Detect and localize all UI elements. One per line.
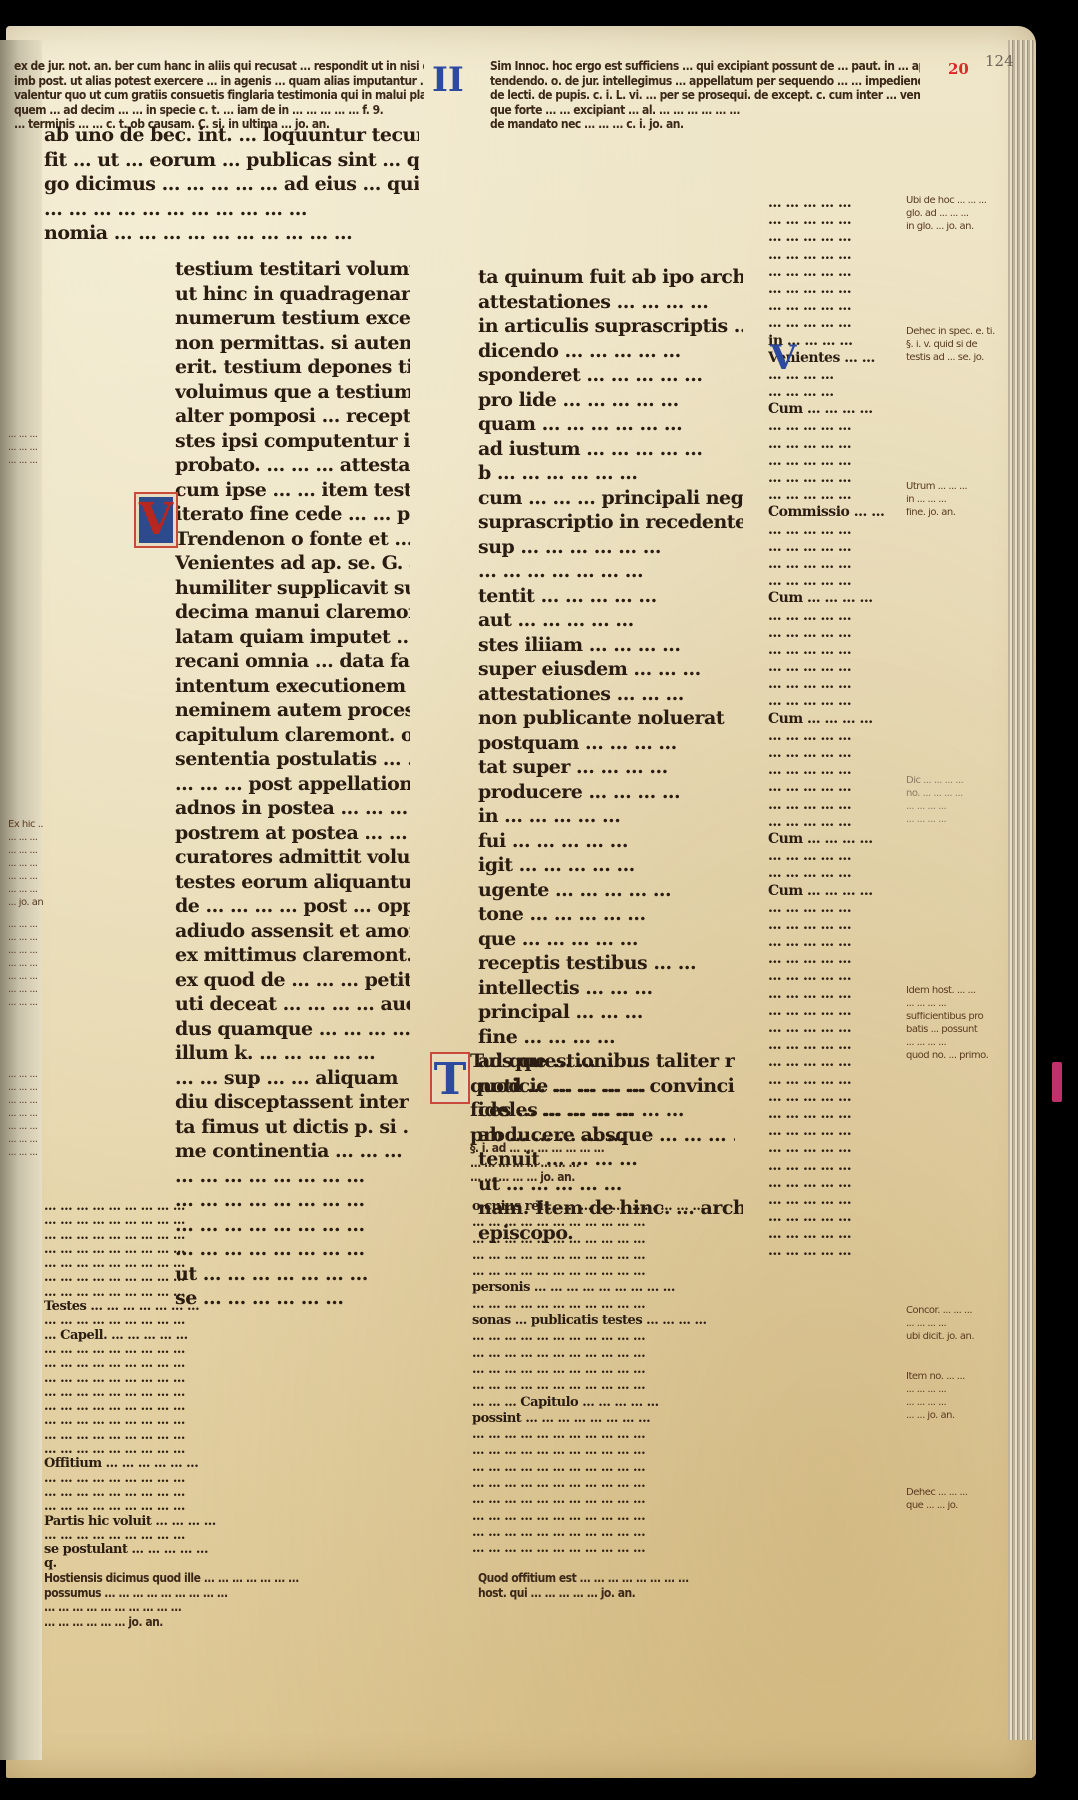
- text-line: ... ... ... ... ... ... ... ... ... ... …: [472, 1249, 912, 1265]
- paragraph-mark-initial: II: [432, 60, 464, 100]
- text-line: ... ... ... ... ... ... jo. an.: [44, 1616, 419, 1631]
- text-line: ... ... ... ... ... ... ... ... ... ... …: [472, 1510, 912, 1526]
- text-line: Commissio ... ...: [768, 505, 903, 522]
- text-line: tone ... ... ... ... ...: [478, 905, 743, 930]
- text-line: ... ... ... ... ...: [768, 540, 903, 557]
- text-line: non publicante noluerat: [478, 709, 743, 734]
- text-line: aut ... ... ... ... ...: [478, 611, 743, 636]
- text-line: fui ... ... ... ... ...: [478, 832, 743, 857]
- lower-left-text: ... ... ... ... ... ... ... ... ...... .…: [44, 1200, 419, 1572]
- text-line: Sim Innoc. hoc ergo est sufficiens ... q…: [490, 60, 920, 75]
- text-line: ... ... ... ... ... ... ... ... ...: [44, 1429, 419, 1443]
- lower-middle-gloss: Quod offitium est ... ... ... ... ... ..…: [478, 1572, 918, 1601]
- margin-note-line: Ex hic ... ...: [8, 820, 44, 833]
- text-line: attestationes ... ... ... ...: [478, 293, 743, 318]
- text-line: que ... ... ... ... ...: [478, 930, 743, 955]
- text-line: ... ... ... ... ... ... ... ... ...: [44, 1343, 419, 1357]
- text-line: ... ... sup ... ... aliquam: [175, 1069, 410, 1094]
- text-line: ... ... ... ... ... ... ... ... ...: [44, 1500, 419, 1514]
- margin-note-line: ... ... ...: [8, 1148, 44, 1161]
- margin-note-line: testis ad ... se. jo.: [906, 353, 1016, 366]
- text-line: dus quamque ... ... ... ... ...: [175, 1020, 410, 1045]
- margin-note-line: ... ... ...: [8, 998, 44, 1011]
- text-line: ... ... ... ... ... ... ... ... ... ... …: [472, 1363, 912, 1379]
- margin-note-line: in glo. ... jo. an.: [906, 222, 1016, 235]
- text-line: ... ... ... ... ... ... ... ... ...: [44, 1257, 419, 1271]
- text-line: suprascriptio in recedentes ... ...: [478, 513, 743, 538]
- text-line: ta fimus ut dictis p. si ... ...: [175, 1118, 410, 1143]
- margin-note: Dic ... ... ... ...no. ... ... ... .....…: [906, 776, 1016, 828]
- margin-note-line: ... ... ...: [8, 833, 44, 846]
- red-folio-mark: 20: [948, 60, 969, 78]
- text-line: ... ... ... ... ...: [768, 798, 903, 815]
- margin-note-line: ... ... ...: [8, 846, 44, 859]
- text-line: igit ... ... ... ... ...: [478, 856, 743, 881]
- text-line: Trendenon o fonte et ... tel. b.: [175, 530, 410, 555]
- text-line: tentit ... ... ... ... ...: [478, 587, 743, 612]
- text-line: ... ... ... ... ...: [768, 1107, 903, 1124]
- margin-note-line: ... ... ... ...: [906, 802, 1016, 815]
- text-line: ... ... ... ... ...: [768, 471, 903, 488]
- text-line: intellectis ... ... ...: [478, 979, 743, 1004]
- text-line: fine ... ... ... ...: [478, 1028, 743, 1053]
- text-line: Offitium ... ... ... ... ... ...: [44, 1457, 419, 1471]
- text-line: cum ... ... ... principali negotio: [478, 489, 743, 514]
- margin-note-line: Dehec ... ... ...: [906, 1488, 1016, 1501]
- text-line: ... ... ... ... ... ... ... ... ... ... …: [472, 1428, 912, 1444]
- text-line: ugente ... ... ... ... ...: [478, 881, 743, 906]
- text-line: Cum ... ... ... ...: [768, 402, 903, 419]
- text-line: cum ipse ... ... item testes: [175, 481, 410, 506]
- text-line: ... ... ... ... ...: [768, 248, 903, 265]
- margin-note: Utrum ... ... ...in ... ... ...fine. jo.…: [906, 482, 1016, 521]
- text-line: adnos in postea ... ... ... ...: [175, 799, 410, 824]
- text-line: ... ... ... ... ...: [768, 454, 903, 471]
- margin-note-line: ... ... ...: [8, 872, 44, 885]
- text-line: ... ... ... ... ...: [768, 626, 903, 643]
- text-line: ... ... ... ... ... ... ... ... ...: [44, 1472, 419, 1486]
- text-line: ... ... ... ... ... ... ... ... ...: [44, 1214, 419, 1228]
- margin-note-line: ... jo. an.: [8, 898, 44, 911]
- text-line: ... ... ... ... ... ... ... ... ... ... …: [472, 1493, 912, 1509]
- margin-note-line: ... ... ...: [8, 920, 44, 933]
- text-line: ... ... ... ... ... ... ... ... ... ... …: [472, 1298, 912, 1314]
- text-line: ... ... ... ... ... ... ... ... ... ...: [44, 1601, 419, 1616]
- text-line: ... ... ... ... ...: [768, 574, 903, 591]
- text-line: ... ... ... ... ... ... ... ... ... ... …: [472, 1477, 912, 1493]
- text-line: ... ... ... ... ... ... ... ... ...: [44, 1529, 419, 1543]
- text-line: ... ... ... ... ... jo. an.: [470, 1171, 735, 1186]
- text-line: sup ... ... ... ... ... ...: [478, 538, 743, 563]
- text-line: ... ... ... Capitulo ... ... ... ... ...: [472, 1396, 912, 1412]
- text-line: ... ... ... ... ... ... ...: [478, 562, 743, 587]
- text-line: ... ... ... ... ...: [768, 316, 903, 333]
- text-line: capitulum claremont. omnia p: [175, 726, 410, 751]
- lower-left-gloss: Hostiensis dicimus quod ille ... ... ...…: [44, 1572, 419, 1630]
- text-line: ... ... ... ... ... ... ... ... ...: [44, 1243, 419, 1257]
- text-line: ... ... ... ... ...: [768, 1038, 903, 1055]
- text-line: ... ... ... ... ...: [768, 1159, 903, 1176]
- text-line: ... ... ... ... ... ... ... ... ... ... …: [472, 1233, 912, 1249]
- text-line: ... ... ... ... ...: [768, 729, 903, 746]
- text-line: ... ... ... ...: [768, 385, 903, 402]
- margin-note-line: ... ... ... ...: [906, 1398, 1016, 1411]
- text-line: ... ... ... post appellatione: [175, 775, 410, 800]
- text-line: recani omnia ... data faceret: [175, 652, 410, 677]
- text-line: ad iustum ... ... ... ... ...: [478, 440, 743, 465]
- text-line: ... ... ... ... ...: [768, 1055, 903, 1072]
- text-line: ... ... ... ... ...: [768, 694, 903, 711]
- text-line: ... ... ... ... ...: [768, 609, 903, 626]
- margin-note-line: Concor. ... ... ...: [906, 1306, 1016, 1319]
- text-line: possumus ... ... ... ... ... ... ... ...…: [44, 1587, 419, 1602]
- margin-note-line: quod no. ... primo.: [906, 1051, 1016, 1064]
- left-column-main-top: ab uno de bec. int. ... loquuntur tecum …: [44, 126, 419, 249]
- text-line: personis ... ... ... ... ... ... ... ...…: [472, 1281, 912, 1297]
- margin-note-line: ... ... ... ...: [906, 1385, 1016, 1398]
- margin-note-line: ... ... ... ...: [906, 815, 1016, 828]
- text-line: ... ... ... ... ...: [768, 196, 903, 213]
- text-line: ... ... ... ... ...: [768, 849, 903, 866]
- folio-number: 124: [985, 52, 1014, 70]
- text-line: quod ... ... ... ... ... convinci: [470, 1077, 735, 1102]
- text-line: ... ... ... ... ...: [768, 763, 903, 780]
- margin-note-line: ... ... ...: [8, 959, 44, 972]
- margin-note-line: ubi dicit. jo. an.: [906, 1332, 1016, 1345]
- text-line: alter pomposi ... recepte fuerint te: [175, 407, 410, 432]
- page-edges: [1008, 40, 1034, 1740]
- text-line: ... ... ... ... ... ... ... ... ...: [44, 1400, 419, 1414]
- text-line: ... ... ... ... ... ... ... ... ... ... …: [472, 1379, 912, 1395]
- text-line: diu disceptassent inter loc: [175, 1093, 410, 1118]
- text-line: ut hinc in quadragenarium: [175, 285, 410, 310]
- text-line: ... ... ... ... ...: [768, 230, 903, 247]
- text-line: adiudo assensit et amonte ... ...: [175, 922, 410, 947]
- text-line: se postulant ... ... ... ... ...: [44, 1543, 419, 1557]
- margin-note-line: ... ... ...: [8, 443, 44, 456]
- text-line: valentur quo ut cum gratiis consuetis fi…: [14, 89, 424, 104]
- text-line: ... ... ... ... ...: [768, 866, 903, 883]
- right-venientes-initial: V: [770, 338, 796, 378]
- text-line: numerum testium excedere: [175, 309, 410, 334]
- text-line: ... ... ... ... ... ... ... ...: [175, 1167, 410, 1192]
- text-line: decima manui claremont. decede pro: [175, 603, 410, 628]
- text-line: ... ... ... ... ...: [768, 1141, 903, 1158]
- margin-note-line: ... ... ...: [8, 1096, 44, 1109]
- text-line: ex quod de ... ... ... petitione: [175, 971, 410, 996]
- text-line: postquam ... ... ... ...: [478, 734, 743, 759]
- text-line: ... ... ... ... ...: [768, 935, 903, 952]
- text-line: ... ... ... ... ...: [768, 1090, 903, 1107]
- text-line: receptis testibus ... ...: [478, 954, 743, 979]
- text-line: ... ... ... ... ... ... ... ... ...: [44, 1372, 419, 1386]
- text-line: ... ... ... ... ... ... ... ...: [470, 1157, 735, 1172]
- margin-note-line: Ubi de hoc ... ... ...: [906, 196, 1016, 209]
- margin-note-line: batis ... possunt: [906, 1025, 1016, 1038]
- text-line: b ... ... ... ... ... ...: [478, 464, 743, 489]
- text-line: principal ... ... ...: [478, 1003, 743, 1028]
- text-line: sententia postulatis ... ... ...: [175, 750, 410, 775]
- text-line: ... ... ... ... ...: [768, 488, 903, 505]
- text-line: ... ... ... ... ... ... ... ... ... ... …: [472, 1265, 912, 1281]
- text-line: quem ... ad decim ... ... in specie c. t…: [14, 104, 424, 119]
- margin-note-line: in ... ... ...: [906, 495, 1016, 508]
- text-line: ... ... ... ... ... ... ... ... ...: [44, 1200, 419, 1214]
- text-line: pro lide ... ... ... ... ...: [478, 391, 743, 416]
- text-line: humiliter supplicavit summam sup: [175, 579, 410, 604]
- text-line: uti deceat ... ... ... ... audien: [175, 995, 410, 1020]
- text-line: ... ... ... ... ... ... ... ... ... ... …: [472, 1216, 912, 1232]
- margin-note: Item no. ... ...... ... ... ...... ... .…: [906, 1372, 1016, 1424]
- margin-note-line: ... ... ...: [8, 1070, 44, 1083]
- text-line: ... ... ... ... ...: [768, 557, 903, 574]
- text-line: ... ... ... ... ... ... ... ... ...: [44, 1386, 419, 1400]
- margin-note-line: ... ... ...: [8, 1122, 44, 1135]
- text-line: ... ... ... ... ...: [768, 213, 903, 230]
- text-line: dicendo ... ... ... ... ...: [478, 342, 743, 367]
- text-line: fit ... ut ... eorum ... publicas sint .…: [44, 151, 419, 176]
- text-line: sonas ... publicatis testes ... ... ... …: [472, 1314, 912, 1330]
- text-line: nomia ... ... ... ... ... ... ... ... ..…: [44, 224, 419, 249]
- text-line: ... ... ... ... ...: [768, 1004, 903, 1021]
- margin-note: Dehec ... ... ...que ... ... jo.: [906, 1488, 1016, 1514]
- margin-note: Dehec in spec. e. ti.§. i. v. quid si de…: [906, 327, 1016, 366]
- margin-note-line: ... ... ...: [8, 1109, 44, 1122]
- text-line: Cum ... ... ... ...: [768, 884, 903, 901]
- text-line: curatores admittit volumus: [175, 848, 410, 873]
- text-line: de ... ... ... ... post ... opponere: [175, 897, 410, 922]
- text-line: ... ... ... ... ... ... ... ... ... ... …: [472, 1444, 912, 1460]
- text-line: ... ... ... ... ... ... ... ... ...: [44, 1486, 419, 1500]
- text-line: non permittas. si autem nisi fui: [175, 334, 410, 359]
- text-line: ex mittimus claremont. ... electum: [175, 946, 410, 971]
- margin-note-line: glo. ad ... ... ...: [906, 209, 1016, 222]
- text-line: host. qui ... ... ... ... ... jo. an.: [478, 1587, 918, 1602]
- margin-note-line: §. i. v. quid si de: [906, 340, 1016, 353]
- margin-note: Ex hic ... ...... ... ...... ... ...... …: [8, 820, 44, 911]
- text-line: ... ... ... ... ... ... ... ... ... ... …: [472, 1526, 912, 1542]
- text-line: Tuis questionibus taliter respondemus: [470, 1052, 735, 1077]
- text-line: ... ... ... ... ...: [768, 660, 903, 677]
- text-line: me continentia ... ... ... ...: [175, 1142, 410, 1167]
- margin-note: ... ... ...... ... ...... ... ...... ...…: [8, 1070, 44, 1161]
- margin-note: Idem host. ... ...... ... ... ...suffici…: [906, 986, 1016, 1064]
- text-line: de lecti. de pupis. c. i. L. vi. ... per…: [490, 89, 920, 104]
- text-line: ... ... ... ... ... ... ... ... ...: [44, 1229, 419, 1243]
- text-line: ex de jur. not. an. ber cum hanc in alii…: [14, 60, 424, 75]
- text-line: ... ... ... ... ...: [768, 1021, 903, 1038]
- text-line: ... ... ... ... ... ... ... ... ...: [44, 1286, 419, 1300]
- margin-note-line: sufficientibus pro: [906, 1012, 1016, 1025]
- text-line: postrem at postea ... ... pro: [175, 824, 410, 849]
- text-line: ... ... ... ... ...: [768, 1124, 903, 1141]
- top-gloss-right: Sim Innoc. hoc ergo est sufficiens ... q…: [490, 60, 920, 133]
- margin-note-line: ... ... ... ...: [906, 999, 1016, 1012]
- venientes-decorated-initial: V: [134, 492, 178, 548]
- text-line: §. i. ad ... ... ... ... ... ... ...: [470, 1142, 735, 1157]
- text-line: ... ... ... ... ...: [768, 282, 903, 299]
- text-line: ... ... ... ... ... ... ... ... ...: [44, 1357, 419, 1371]
- text-line: super eiusdem ... ... ...: [478, 660, 743, 685]
- text-line: in ... ... ... ... ...: [478, 807, 743, 832]
- text-line: probato. ... ... ... attestationes: [175, 456, 410, 481]
- margin-note-line: ... ... ... ...: [906, 1038, 1016, 1051]
- lower-middle-text: o cuius rei ... ... ... ... ... ... ... …: [472, 1200, 912, 1559]
- margin-note-line: ... ... ...: [8, 972, 44, 985]
- text-line: ... ... ... ... ...: [768, 952, 903, 969]
- text-line: ta quinum fuit ab ipo archi. uni: [478, 268, 743, 293]
- text-line: go dicimus ... ... ... ... ... ad eius .…: [44, 175, 419, 200]
- margin-note: ... ... ...... ... ...... ... ...... ...…: [8, 920, 44, 1011]
- text-line: ... ... ... ... ...: [768, 815, 903, 832]
- text-line: ... ... ... ... ... ... ... ... ...: [44, 1314, 419, 1328]
- text-line: ... ... ... ... ...: [768, 419, 903, 436]
- text-line: imb post. ut alias potest exercere ... i…: [14, 75, 424, 90]
- text-line: ... ... ... ... ... ... ... ... ...: [44, 1271, 419, 1285]
- text-line: Venientes ad ap. se. G. archi. claren.: [175, 554, 410, 579]
- text-line: Cum ... ... ... ...: [768, 712, 903, 729]
- margin-note-line: ... ... ...: [8, 885, 44, 898]
- margin-note-line: fine. jo. an.: [906, 508, 1016, 521]
- text-line: iterato fine cede ... ... pluribus: [175, 505, 410, 530]
- margin-note-line: Idem host. ... ...: [906, 986, 1016, 999]
- text-line: ... ... ... ... ...: [768, 265, 903, 282]
- text-line: ab uno de bec. int. ... loquuntur tecum …: [44, 126, 419, 151]
- text-line: ... ... ... ... ...: [768, 677, 903, 694]
- text-line: ... ... ... ... ...: [768, 969, 903, 986]
- text-line: attestationes ... ... ...: [478, 685, 743, 710]
- tuis-decorated-initial: T: [430, 1052, 470, 1104]
- text-line: Hostiensis dicimus quod ille ... ... ...…: [44, 1572, 419, 1587]
- text-line: Cum ... ... ... ...: [768, 832, 903, 849]
- text-line: ... ... ... ... ... ... ... ... ...: [44, 1443, 419, 1457]
- text-line: sponderet ... ... ... ... ...: [478, 366, 743, 391]
- text-line: producere ... ... ... ...: [478, 783, 743, 808]
- margin-note-line: Utrum ... ... ...: [906, 482, 1016, 495]
- text-line: erit. testium depones titatis hec: [175, 358, 410, 383]
- text-line: in articulis suprascriptis ... ...: [478, 317, 743, 342]
- text-line: ... ... ... ... ...: [768, 987, 903, 1004]
- text-line: ... ... ... ... ...: [768, 437, 903, 454]
- text-line: tendendo. o. de jur. intellegimus ... ap…: [490, 75, 920, 90]
- text-line: ... ... ... ... ...: [768, 780, 903, 797]
- text-line: ... Capell. ... ... ... ... ...: [44, 1329, 419, 1343]
- margin-note-line: Dehec in spec. e. ti.: [906, 327, 1016, 340]
- margin-note-line: ... ... jo. an.: [906, 1411, 1016, 1424]
- text-line: ... ... ... ... ...: [768, 746, 903, 763]
- margin-note-line: ... ... ...: [8, 430, 44, 443]
- text-line: ... ... ... ... ... ... ... ... ... ... …: [472, 1542, 912, 1558]
- margin-note-line: ... ... ...: [8, 946, 44, 959]
- text-line: ... ... ... ... ...: [768, 643, 903, 660]
- text-line: de mandato nec ... ... ... c. i. jo. an.: [490, 118, 920, 133]
- text-line: o cuius rei ... ... ... ... ... ... ... …: [472, 1200, 912, 1216]
- text-line: ... ... ... ... ...: [768, 299, 903, 316]
- text-line: voluimus que a testium recipi. quod: [175, 383, 410, 408]
- text-line: ... ... ... ... ...: [768, 918, 903, 935]
- text-line: fideles ... ... ... ... ... ...: [470, 1101, 735, 1126]
- text-line: quam ... ... ... ... ... ...: [478, 415, 743, 440]
- margin-note: ... ... ...... ... ...... ... ...: [8, 430, 44, 469]
- margin-note-line: ... ... ...: [8, 985, 44, 998]
- text-line: tat super ... ... ... ...: [478, 758, 743, 783]
- text-line: intentum executionem manda: [175, 677, 410, 702]
- text-line: ... ... ... ... ... ... ... ... ...: [44, 1414, 419, 1428]
- text-line: testes eorum aliquantum ... ...: [175, 873, 410, 898]
- text-line: latam quiam imputet ... ... ...: [175, 628, 410, 653]
- margin-note-line: ... ... ...: [8, 1083, 44, 1096]
- margin-note-line: ... ... ...: [8, 859, 44, 872]
- text-line: ... ... ... ... ...: [768, 523, 903, 540]
- margin-note-line: ... ... ...: [8, 1135, 44, 1148]
- margin-note: Concor. ... ... ...... ... ... ...ubi di…: [906, 1306, 1016, 1345]
- text-line: Quod offitium est ... ... ... ... ... ..…: [478, 1572, 918, 1587]
- text-line: ... ... ... ... ... ... ... ... ... ... …: [472, 1461, 912, 1477]
- text-line: ... ... ... ... ...: [768, 1176, 903, 1193]
- text-line: stes iliiam ... ... ... ...: [478, 636, 743, 661]
- margin-note-line: ... ... ...: [8, 933, 44, 946]
- margin-note-line: ... ... ...: [8, 456, 44, 469]
- text-line: possint ... ... ... ... ... ... ... ...: [472, 1412, 912, 1428]
- middle-lower-paragraph: Tuis questionibus taliter respondemusquo…: [470, 1052, 735, 1150]
- text-line: Partis hic voluit ... ... ... ...: [44, 1515, 419, 1529]
- text-line: stes ipsi computentur in minimo: [175, 432, 410, 457]
- page-tab-marker[interactable]: [1052, 1062, 1062, 1102]
- text-line: q.: [44, 1557, 419, 1571]
- text-line: ... ... ... ... ...: [768, 901, 903, 918]
- margin-note-line: Item no. ... ...: [906, 1372, 1016, 1385]
- text-line: Testes ... ... ... ... ... ... ...: [44, 1300, 419, 1314]
- text-line: illum k. ... ... ... ... ...: [175, 1044, 410, 1069]
- margin-note-line: ... ... ... ...: [906, 1319, 1016, 1332]
- text-line: Cum ... ... ... ...: [768, 591, 903, 608]
- top-gloss-left: ex de jur. not. an. ber cum hanc in alii…: [14, 60, 424, 133]
- text-line: que forte ... ... excipiant ... al. ... …: [490, 104, 920, 119]
- text-line: ... ... ... ... ... ... ... ... ... ... …: [472, 1347, 912, 1363]
- text-line: neminem autem processerit dictis: [175, 701, 410, 726]
- text-line: testium testitari volumus: [175, 260, 410, 285]
- margin-note-line: que ... ... jo.: [906, 1501, 1016, 1514]
- text-line: ... ... ... ... ...: [768, 1073, 903, 1090]
- text-line: ... ... ... ... ... ... ... ... ... ... …: [44, 200, 419, 225]
- margin-note-line: no. ... ... ... ...: [906, 789, 1016, 802]
- left-column-text: testium testitari volumusut hinc in quad…: [175, 260, 410, 1314]
- margin-note-line: Dic ... ... ... ...: [906, 776, 1016, 789]
- middle-lower-gloss: §. i. ad ... ... ... ... ... ... ...... …: [470, 1142, 735, 1186]
- margin-note: Ubi de hoc ... ... ...glo. ad ... ... ..…: [906, 196, 1016, 235]
- text-line: ... ... ... ... ... ... ... ... ... ... …: [472, 1330, 912, 1346]
